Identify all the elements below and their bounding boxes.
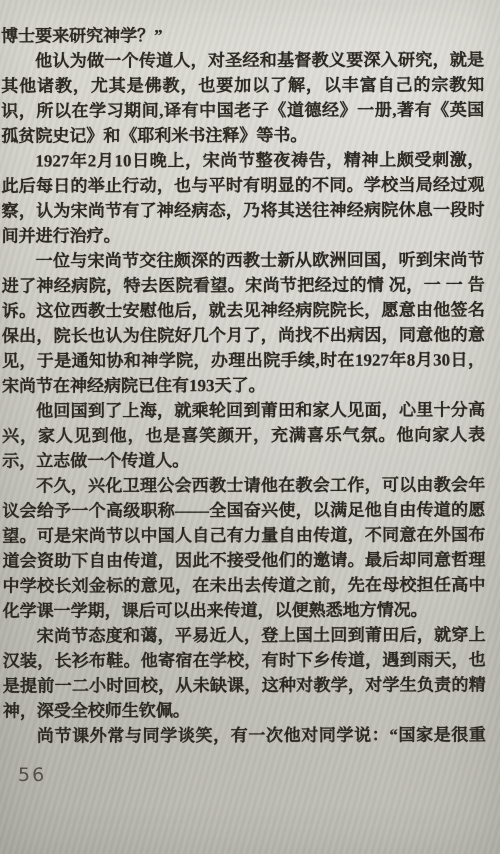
text-line: 道会资助下自由传道，因此不接受他们的邀请。最后却同意哲理 (2, 547, 485, 573)
text-line: 他回国到了上海，就乘轮回到莆田和家人见面，心里十分高 (2, 397, 485, 423)
text-line: 尚节课外常与同学谈笑，有一次他对同学说：“国家是很重 (3, 722, 486, 748)
text-line: 是提前一二小时回校，从未缺课，这种对教学，对学生负责的精 (3, 672, 486, 698)
text-line: 议会给予一个高级职称——全国奋兴使，以满足他自由传道的愿 (2, 497, 485, 523)
book-page-photo: 博士要来研究神学？”他认为做一个传道人，对圣经和基督教义要深入研究，就是其他诸教… (0, 0, 500, 854)
text-line: 望。可是宋尚节以中国人自己有力量自由传道，不同意在外国布 (2, 522, 485, 548)
text-line: 见，于是通知协和神学院，办理出院手续,时在1927年8月30日， (2, 347, 485, 373)
text-line: 进了神经病院，特去医院看望。宋尚节把经过的情 况，一 一 告 (2, 272, 485, 298)
text-line: 察，认为宋尚节有了神经病态，乃将其送往神经病院休息一段时 (2, 197, 485, 223)
text-line: 化学课一学期，课后可以出来传道，以便熟悉地方情况。 (3, 597, 486, 623)
text-line: 宋尚节态度和蔼，平易近人，登上国土回到莆田后，就穿上 (3, 622, 486, 648)
text-line: 他认为做一个传道人，对圣经和基督教义要深入研究，就是 (1, 47, 484, 73)
page-number: 56 (18, 764, 46, 786)
text-line: 神，深受全校师生钦佩。 (3, 697, 486, 723)
text-line: 宋尚节在神经病院已住有193天了。 (2, 372, 485, 398)
text-line: 其他诸教，尤其是佛教，也要加以了解，以丰富自己的宗教知 (1, 72, 484, 98)
text-line: 间并进行治疗。 (2, 222, 485, 248)
text-line: 保出，院长也认为住院好几个月了，尚找不出病因，同意他的意 (2, 322, 485, 348)
text-line: 识，所以在学习期间,译有中国老子《道德经》一册,著有《英国 (1, 97, 484, 123)
text-line: 博士要来研究神学？” (1, 22, 484, 48)
text-line: 兴，家人见到他，也是喜笑颜开，充满喜乐气氛。他向家人表 (2, 422, 485, 448)
text-line: 诉。这位西教士安慰他后，就去见神经病院院长，愿意由他签名 (2, 297, 485, 323)
text-line: 此后每日的举止行动，也与平时有明显的不同。学校当局经过观 (1, 172, 484, 198)
text-line: 中学校长刘金标的意见，在未出去传道之前，先在母校担任高中 (2, 572, 485, 598)
text-line: 汉装，长衫布鞋。他寄宿在学校，有时下乡传道，遇到雨天，也 (3, 647, 486, 673)
page-text: 博士要来研究神学？”他认为做一个传道人，对圣经和基督教义要深入研究，就是其他诸教… (1, 22, 486, 748)
text-line: 1927年2月10日晚上，宋尚节整夜祷告，精神上颇受刺激， (1, 147, 484, 173)
text-line: 示，立志做一个传道人。 (2, 447, 485, 473)
text-line: 不久，兴化卫理公会西教士请他在教会工作，可以由教会年 (2, 472, 485, 498)
text-line: 一位与宋尚节交往颇深的西教士新从欧洲回国，听到宋尚节 (2, 247, 485, 273)
text-line: 孤贫院史记》和《耶利米书注释》等书。 (1, 122, 484, 148)
